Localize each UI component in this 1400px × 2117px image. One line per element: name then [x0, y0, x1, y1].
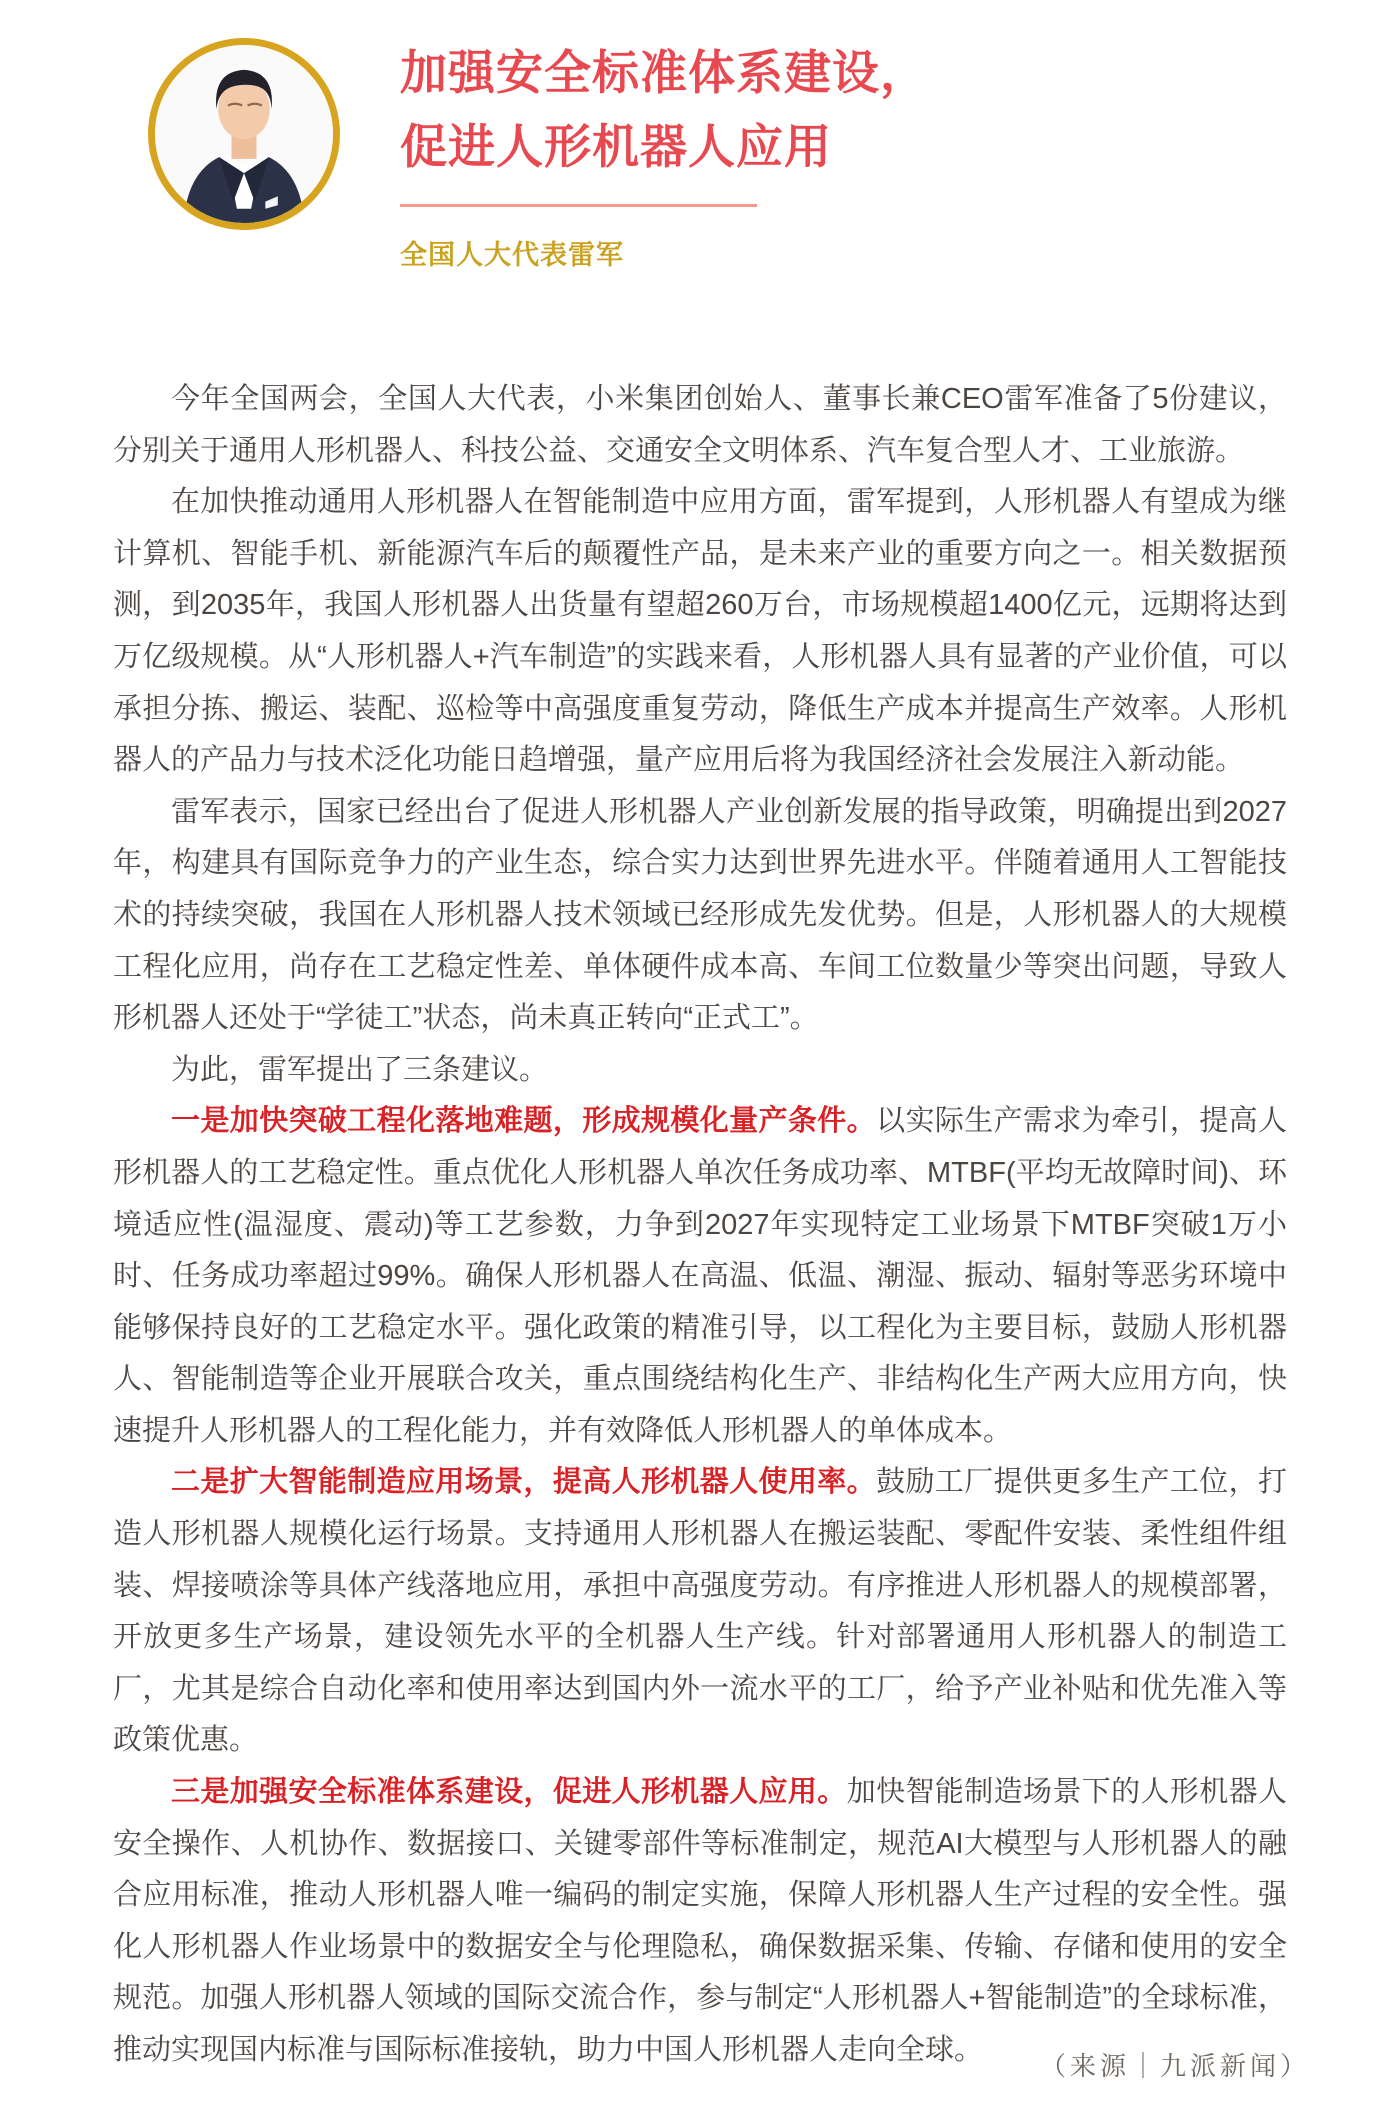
article-paragraph: 为此，雷军提出了三条建议。 [113, 1045, 1287, 1097]
article-paragraph: 雷军表示，国家已经出台了促进人形机器人产业创新发展的指导政策，明确提出到2027… [113, 787, 1287, 1045]
article-paragraph: 二是扩大智能制造应用场景，提高人形机器人使用率。鼓励工厂提供更多生产工位，打造人… [113, 1457, 1287, 1767]
paragraph-lead-text: 三是加强安全标准体系建设，促进人形机器人应用。 [171, 1776, 847, 1808]
source-attribution: （来源｜九派新闻） [1040, 2046, 1310, 2083]
title-line-1: 加强安全标准体系建设， [400, 36, 1300, 110]
title-divider-line [400, 204, 757, 207]
title-line-2: 促进人形机器人应用 [400, 110, 1300, 184]
paragraph-lead-text: 一是加快突破工程化落地难题，形成规模化量产条件。 [171, 1105, 876, 1137]
author-subtitle: 全国人大代表雷军 [400, 233, 624, 272]
person-portrait-image [155, 45, 333, 223]
article-paragraph: 三是加强安全标准体系建设，促进人形机器人应用。加快智能制造场景下的人形机器人安全… [113, 1767, 1287, 2077]
article-paragraph: 一是加快突破工程化落地难题，形成规模化量产条件。以实际生产需求为牵引，提高人形机… [113, 1096, 1287, 1457]
paragraph-lead-text: 二是扩大智能制造应用场景，提高人形机器人使用率。 [171, 1466, 876, 1498]
article-paragraph: 今年全国两会，全国人大代表，小米集团创始人、董事长兼CEO雷军准备了5份建议，分… [113, 374, 1287, 477]
article-body: 今年全国两会，全国人大代表，小米集团创始人、董事长兼CEO雷军准备了5份建议，分… [113, 374, 1287, 2077]
article-title: 加强安全标准体系建设， 促进人形机器人应用 [400, 36, 1300, 184]
article-paragraph: 在加快推动通用人形机器人在智能制造中应用方面，雷军提到，人形机器人有望成为继计算… [113, 477, 1287, 787]
lei-jun-avatar [148, 38, 340, 230]
